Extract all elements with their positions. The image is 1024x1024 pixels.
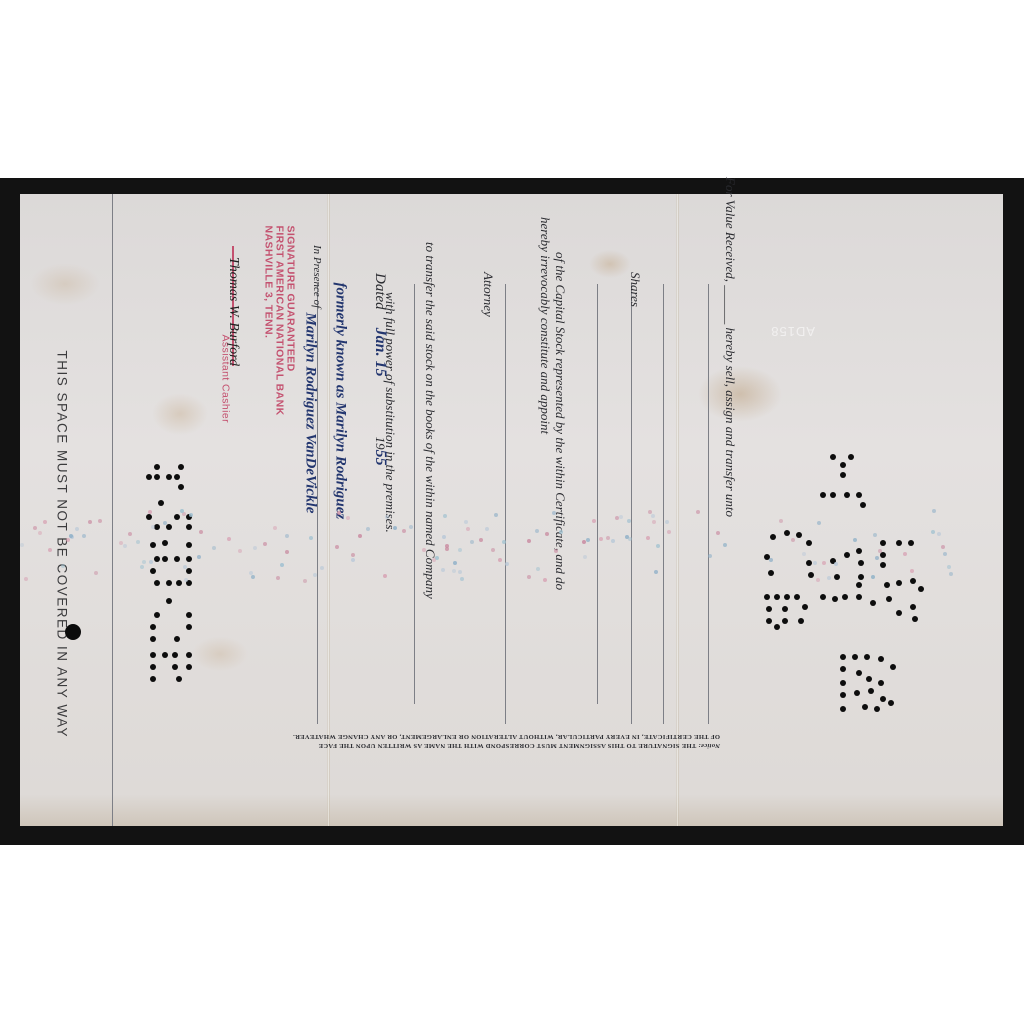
perforation-hole — [766, 618, 772, 624]
guarantee-stamp: SIGNATURE GUARANTEED FIRST AMERICAN NATI… — [263, 226, 296, 396]
security-dot — [628, 537, 632, 541]
security-dot — [123, 544, 127, 548]
perforation-hole — [174, 556, 180, 562]
security-dot — [949, 572, 953, 576]
security-dot — [466, 527, 470, 531]
security-dot — [249, 571, 253, 575]
perforation-hole — [178, 484, 184, 490]
security-dot — [871, 575, 875, 579]
stamp-line-1: SIGNATURE GUARANTEED — [285, 226, 296, 396]
form-rule — [505, 284, 506, 724]
security-dot — [651, 514, 655, 518]
security-dot — [910, 569, 914, 573]
signature-line-1: formerly known as Marilyn Rodriguez — [332, 283, 349, 623]
perforation-hole — [166, 474, 172, 480]
perforation-hole — [842, 594, 848, 600]
perforation-hole — [172, 652, 178, 658]
perforation-hole — [186, 542, 192, 548]
perforation-hole — [158, 500, 164, 506]
security-dot — [38, 531, 42, 535]
security-dot — [822, 561, 826, 565]
security-dot — [619, 515, 623, 519]
perforation-hole — [890, 664, 896, 670]
form-line-4: hereby irrevocably constitute and appoin… — [537, 217, 553, 517]
security-dot — [98, 519, 102, 523]
perforation-hole — [796, 532, 802, 538]
perforation-hole — [150, 664, 156, 670]
security-dot — [654, 570, 658, 574]
security-dot — [464, 520, 468, 524]
stamp-line-2: FIRST AMERICAN NATIONAL BANK — [274, 226, 285, 396]
security-dot — [485, 527, 489, 531]
security-dot — [351, 558, 355, 562]
security-dot — [285, 550, 289, 554]
perforation-hole — [186, 652, 192, 658]
security-dot — [535, 529, 539, 533]
perforation-hole — [856, 670, 862, 676]
security-dot — [665, 520, 669, 524]
security-dot — [545, 532, 549, 536]
security-dot — [303, 579, 307, 583]
security-dot — [320, 566, 324, 570]
perforation-hole — [852, 654, 858, 660]
perforation-hole — [154, 556, 160, 562]
security-dot — [75, 527, 79, 531]
perforation-hole — [782, 606, 788, 612]
security-dot — [527, 575, 531, 579]
security-dot — [251, 575, 255, 579]
security-dot — [827, 576, 831, 580]
security-dot — [366, 527, 370, 531]
perforation-hole — [858, 574, 864, 580]
punch-hole — [65, 624, 81, 640]
perforation-hole — [874, 706, 880, 712]
security-dot — [656, 544, 660, 548]
security-dot — [128, 532, 132, 536]
security-dot — [543, 578, 547, 582]
perforation-hole — [774, 624, 780, 630]
margin-warning: THIS SPACE MUST NOT BE COVERED IN ANY WA… — [55, 351, 70, 671]
security-dot — [817, 521, 821, 525]
security-dot — [458, 548, 462, 552]
perforation-hole — [774, 594, 780, 600]
security-dot — [947, 565, 951, 569]
form-rule — [663, 284, 664, 724]
perforation-hole — [150, 542, 156, 548]
perforation-hole — [150, 676, 156, 682]
perforation-hole — [162, 556, 168, 562]
security-dot — [409, 525, 413, 529]
perforation-hole — [162, 652, 168, 658]
security-dot — [346, 516, 350, 520]
perforation-hole — [178, 464, 184, 470]
perforation-hole — [840, 680, 846, 686]
security-dot — [498, 558, 502, 562]
security-dot — [335, 545, 339, 549]
perforation-hole — [856, 492, 862, 498]
perforation-hole — [908, 540, 914, 546]
perforation-hole — [782, 618, 788, 624]
perforation-hole — [174, 514, 180, 520]
perforation-hole — [798, 618, 804, 624]
perforation-hole — [806, 560, 812, 566]
security-dot — [716, 531, 720, 535]
security-dot — [873, 533, 877, 537]
perforation-hole — [770, 534, 776, 540]
perforation-hole — [840, 666, 846, 672]
security-dot — [554, 549, 558, 553]
security-dot — [802, 552, 806, 556]
perforation-hole — [860, 502, 866, 508]
perforation-hole — [174, 474, 180, 480]
security-dot — [383, 574, 387, 578]
security-dot — [227, 537, 231, 541]
form-line-1: For Value Received, ______ hereby sell, … — [722, 177, 738, 637]
perforation-hole — [146, 514, 152, 520]
security-dot — [136, 540, 140, 544]
form-line-3: of the Capital Stock represented by the … — [552, 252, 568, 672]
security-dot — [151, 525, 155, 529]
security-dot — [402, 529, 406, 533]
perforation-hole — [856, 548, 862, 554]
security-dot — [238, 549, 242, 553]
security-dot — [708, 554, 712, 558]
notice-line-1: THE SIGNATURE TO THIS ASSIGNMENT MUST CO… — [318, 742, 696, 749]
security-dot — [769, 558, 773, 562]
perforation-hole — [166, 598, 172, 604]
perforation-hole — [896, 610, 902, 616]
notice-text: Notice: THE SIGNATURE TO THIS ASSIGNMENT… — [280, 732, 720, 750]
perforation-hole — [784, 594, 790, 600]
perforation-hole — [856, 582, 862, 588]
perforation-hole — [866, 676, 872, 682]
certificate-paper: THIS SPACE MUST NOT BE COVERED IN ANY WA… — [20, 194, 1003, 826]
security-dot — [779, 519, 783, 523]
security-dot — [479, 538, 483, 542]
perforation-hole — [802, 604, 808, 610]
perforation-hole — [162, 540, 168, 546]
security-dot — [441, 568, 445, 572]
security-dot — [470, 540, 474, 544]
security-dot — [24, 577, 28, 581]
security-dot — [119, 541, 123, 545]
security-dot — [199, 530, 203, 534]
security-dot — [941, 545, 945, 549]
perforation-hole — [154, 524, 160, 530]
perforation-hole — [844, 552, 850, 558]
perforation-hole — [154, 580, 160, 586]
security-dot — [943, 552, 947, 556]
perforation-hole — [166, 524, 172, 530]
security-dot — [536, 567, 540, 571]
notice-line-2: OF THE CERTIFICATE, IN EVERY PARTICULAR,… — [280, 732, 720, 741]
perforation-hole — [880, 552, 886, 558]
form-line-6: to transfer the said stock on the books … — [422, 242, 438, 662]
perforation-hole — [840, 654, 846, 660]
dated-value: Jan. 15 — [372, 328, 389, 377]
security-dot — [834, 562, 838, 566]
perforation-hole — [784, 530, 790, 536]
perforation-hole — [862, 704, 868, 710]
security-dot — [937, 532, 941, 536]
security-dot — [586, 538, 590, 542]
perforation-hole — [186, 556, 192, 562]
security-dot — [351, 553, 355, 557]
security-dot — [140, 565, 144, 569]
security-dot — [66, 538, 70, 542]
security-dot — [606, 536, 610, 540]
perforation-hole — [918, 586, 924, 592]
dated-label: Dated — [372, 273, 388, 310]
perforation-hole — [186, 624, 192, 630]
security-dot — [197, 555, 201, 559]
security-dot — [442, 535, 446, 539]
perforation-hole — [880, 562, 886, 568]
security-dot — [696, 510, 700, 514]
security-dot — [20, 543, 24, 547]
security-dot — [149, 560, 153, 564]
security-dot — [33, 526, 37, 530]
security-dot — [183, 565, 187, 569]
perforation-hole — [832, 596, 838, 602]
perforation-hole — [840, 472, 846, 478]
perforation-hole — [840, 706, 846, 712]
faint-certificate-number: AD158 — [745, 324, 815, 339]
perforation-hole — [840, 692, 846, 698]
security-dot — [452, 569, 456, 573]
margin-rule — [112, 194, 113, 826]
perforation-hole — [766, 606, 772, 612]
security-dot — [813, 561, 817, 565]
security-dot — [853, 538, 857, 542]
form-rule — [708, 284, 709, 724]
year-value: 55 — [372, 450, 389, 466]
dated-row: Dated Jan. 15 19 55 — [371, 273, 389, 513]
security-dot — [276, 576, 280, 580]
perforation-hole — [186, 524, 192, 530]
security-dot — [648, 510, 652, 514]
perforation-hole — [820, 492, 826, 498]
security-dot — [280, 563, 284, 567]
security-dot — [582, 540, 586, 544]
security-dot — [667, 530, 671, 534]
security-dot — [453, 561, 457, 565]
perforation-hole — [154, 464, 160, 470]
security-dot — [285, 534, 289, 538]
security-dot — [82, 534, 86, 538]
security-dot — [435, 556, 439, 560]
security-dot — [432, 558, 436, 562]
perforation-hole — [854, 690, 860, 696]
security-dot — [494, 513, 498, 517]
security-dot — [184, 578, 188, 582]
security-dot — [491, 548, 495, 552]
perforation-hole — [886, 596, 892, 602]
perforation-hole — [844, 492, 850, 498]
form-rule — [631, 284, 632, 724]
perforation-hole — [186, 664, 192, 670]
security-dot — [559, 530, 563, 534]
perforation-hole — [848, 454, 854, 460]
perforation-hole — [186, 612, 192, 618]
perforation-hole — [880, 540, 886, 546]
perforation-hole — [834, 574, 840, 580]
security-dot — [932, 509, 936, 513]
stamp-line-3: NASHVILLE 3, TENN. — [263, 226, 274, 396]
form-rule — [414, 284, 415, 704]
perforation-hole — [768, 570, 774, 576]
security-dot — [48, 548, 52, 552]
security-dot — [615, 516, 619, 520]
security-dot — [189, 513, 193, 517]
security-dot — [263, 542, 267, 546]
security-dot — [903, 552, 907, 556]
perforation-hole — [830, 492, 836, 498]
perforation-hole — [186, 568, 192, 574]
security-dot — [148, 510, 152, 514]
security-dot — [460, 577, 464, 581]
security-dot — [592, 519, 596, 523]
perforation-hole — [150, 652, 156, 658]
witness-signature: Thomas W. Burford — [225, 257, 241, 367]
perforation-hole — [154, 612, 160, 618]
perforation-hole — [912, 616, 918, 622]
perforation-hole — [794, 594, 800, 600]
perforation-hole — [896, 540, 902, 546]
security-dot — [652, 520, 656, 524]
perforation-hole — [174, 636, 180, 642]
signature-line-2: Marilyn Rodriguez VanDeVickle — [302, 313, 319, 613]
security-dot — [443, 514, 447, 518]
security-dot — [599, 537, 603, 541]
perforation-hole — [858, 560, 864, 566]
security-dot — [273, 526, 277, 530]
perforation-hole — [150, 624, 156, 630]
security-dot — [358, 534, 362, 538]
perforation-hole — [764, 594, 770, 600]
security-dot — [875, 556, 879, 560]
perforation-hole — [820, 594, 826, 600]
perforation-hole — [146, 474, 152, 480]
perforation-hole — [840, 462, 846, 468]
perforation-hole — [154, 474, 160, 480]
security-dot — [791, 538, 795, 542]
security-dot — [931, 530, 935, 534]
form-rule — [597, 284, 598, 704]
security-dot — [505, 562, 509, 566]
perforation-hole — [808, 572, 814, 578]
perforation-hole — [878, 680, 884, 686]
perforation-hole — [856, 594, 862, 600]
security-dot — [142, 560, 146, 564]
security-dot — [527, 539, 531, 543]
notice-label: Notice: — [698, 742, 720, 749]
perforation-hole — [830, 454, 836, 460]
security-dot — [611, 539, 615, 543]
perforation-hole — [172, 664, 178, 670]
perforation-hole — [880, 696, 886, 702]
security-dot — [445, 547, 449, 551]
perforation-hole — [910, 578, 916, 584]
security-dot — [163, 521, 167, 525]
perforation-hole — [910, 604, 916, 610]
security-dot — [69, 534, 73, 538]
perforation-hole — [888, 700, 894, 706]
perforation-hole — [884, 582, 890, 588]
security-dot — [646, 536, 650, 540]
security-dot — [458, 570, 462, 574]
security-dot — [94, 571, 98, 575]
security-dot — [43, 520, 47, 524]
security-dot — [583, 555, 587, 559]
perforation-hole — [864, 654, 870, 660]
perforation-hole — [150, 568, 156, 574]
perforation-hole — [896, 580, 902, 586]
security-dot — [212, 546, 216, 550]
security-dot — [88, 520, 92, 524]
perforation-hole — [150, 636, 156, 642]
year-prefix: 19 — [373, 437, 388, 450]
perforation-hole — [176, 580, 182, 586]
perforation-hole — [870, 600, 876, 606]
perforation-hole — [176, 676, 182, 682]
security-dot — [816, 578, 820, 582]
perforation-hole — [166, 580, 172, 586]
perforation-hole — [868, 688, 874, 694]
form-line-shares: Shares — [627, 272, 643, 332]
security-dot — [313, 573, 317, 577]
form-line-attorney: Attorney — [480, 272, 496, 352]
perforation-hole — [878, 656, 884, 662]
security-dot — [253, 546, 257, 550]
perforation-hole — [806, 540, 812, 546]
